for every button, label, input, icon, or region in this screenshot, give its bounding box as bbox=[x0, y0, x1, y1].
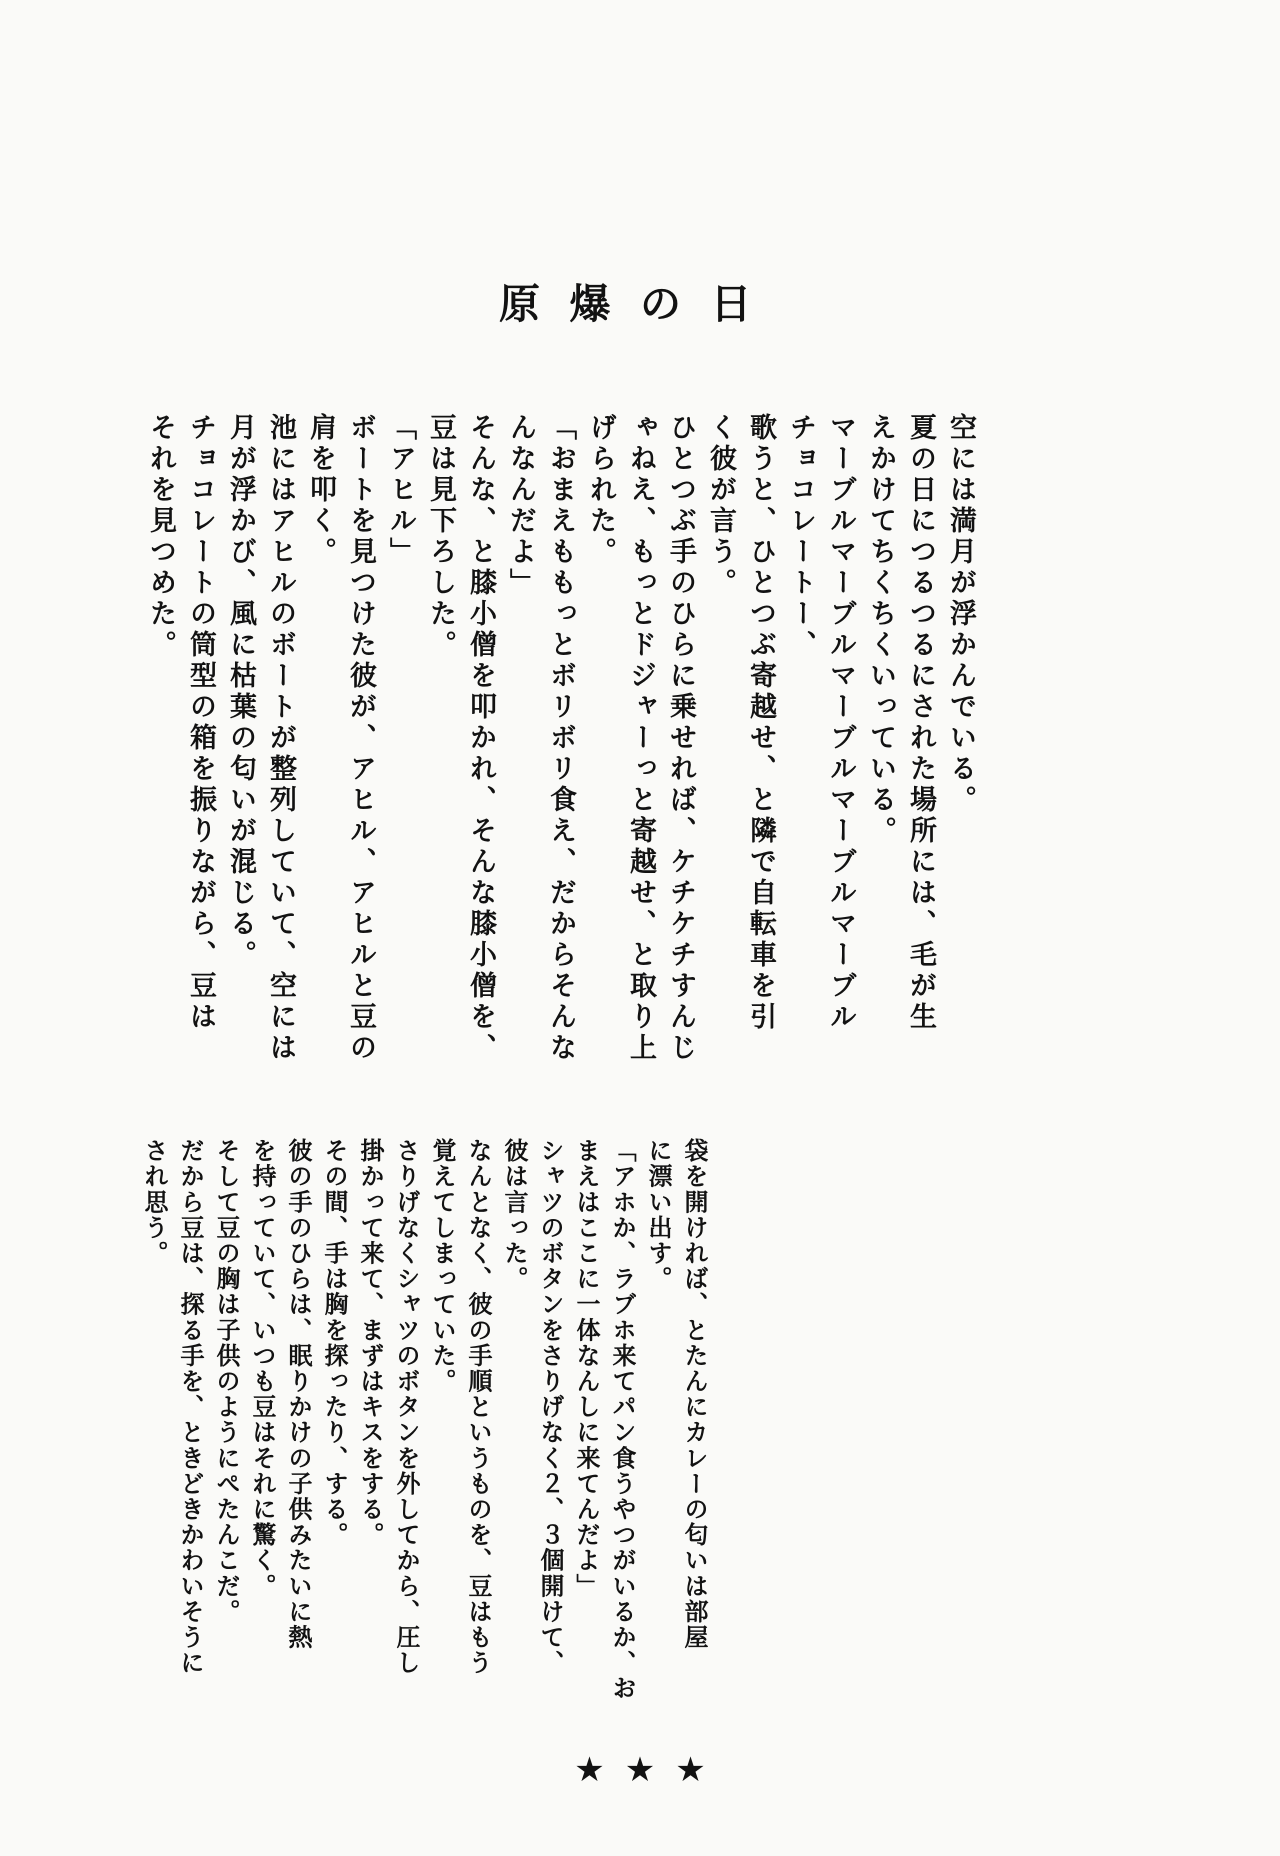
page-title: 原爆の日 bbox=[0, 271, 1280, 330]
text-column: に漂い出す。 bbox=[640, 1138, 676, 1706]
text-column: シャツのボタンをさりげなく２、３個開けて、 bbox=[532, 1138, 568, 1706]
text-column: それを見つめた。 bbox=[140, 413, 180, 1101]
text-column: 夏の日につるつるにされた場所には、毛が生 bbox=[900, 413, 940, 1101]
text-column: ボートを見つけた彼が、アヒル、アヒルと豆の bbox=[340, 413, 380, 1101]
text-column: 空には満月が浮かんでいる。 bbox=[940, 413, 980, 1101]
text-column: チョコレートー、 bbox=[780, 413, 820, 1101]
stars-separator: ★★★ bbox=[0, 1750, 1280, 1790]
book-page: 原爆の日 空には満月が浮かんでいる。夏の日につるつるにされた場所には、毛が生えか… bbox=[0, 0, 1280, 1856]
text-column: まえはここに一体なんしに来てんだよ」 bbox=[568, 1138, 604, 1706]
text-column: マーブルマーブルマーブルマーブルマーブル bbox=[820, 413, 860, 1101]
text-column: 掛かって来て、まずはキスをする。 bbox=[352, 1138, 388, 1706]
text-column: さりげなくシャツのボタンを外してから、圧し bbox=[388, 1138, 424, 1706]
text-column: 「アホか、ラブホ来てパン食うやつがいるか、お bbox=[604, 1138, 640, 1706]
text-column: 「アヒル」 bbox=[380, 413, 420, 1101]
text-column: 彼は言った。 bbox=[496, 1138, 532, 1706]
text-column: ゃねえ、もっとドジャーっと寄越せ、と取り上 bbox=[620, 413, 660, 1101]
text-column: 歌うと、ひとつぶ寄越せ、と隣で自転車を引 bbox=[740, 413, 780, 1101]
text-column: 月が浮かび、風に枯葉の匂いが混じる。 bbox=[220, 413, 260, 1101]
text-column: んなんだよ」 bbox=[500, 413, 540, 1101]
story-text-block-bottom: 袋を開ければ、とたんにカレーの匂いは部屋に漂い出す。「アホか、ラブホ来てパン食う… bbox=[136, 1138, 712, 1706]
text-column: 袋を開ければ、とたんにカレーの匂いは部屋 bbox=[676, 1138, 712, 1706]
text-column: 豆は見下ろした。 bbox=[420, 413, 460, 1101]
text-column: チョコレートの筒型の箱を振りながら、豆は bbox=[180, 413, 220, 1101]
text-column: なんとなく、彼の手順というものを、豆はもう bbox=[460, 1138, 496, 1706]
text-column: ひとつぶ手のひらに乗せれば、ケチケチすんじ bbox=[660, 413, 700, 1101]
text-column: 肩を叩く。 bbox=[300, 413, 340, 1101]
text-column: く彼が言う。 bbox=[700, 413, 740, 1101]
text-column: そして豆の胸は子供のようにぺたんこだ。 bbox=[208, 1138, 244, 1706]
text-column: され思う。 bbox=[136, 1138, 172, 1706]
story-text-block-top: 空には満月が浮かんでいる。夏の日につるつるにされた場所には、毛が生えかけてちくち… bbox=[140, 413, 980, 1101]
text-column: げられた。 bbox=[580, 413, 620, 1101]
text-column: 彼の手のひらは、眠りかけの子供みたいに熱 bbox=[280, 1138, 316, 1706]
text-column: 覚えてしまっていた。 bbox=[424, 1138, 460, 1706]
text-column: だから豆は、探る手を、ときどきかわいそうに bbox=[172, 1138, 208, 1706]
text-column: えかけてちくちくいっている。 bbox=[860, 413, 900, 1101]
text-column: その間、手は胸を探ったり、する。 bbox=[316, 1138, 352, 1706]
text-column: そんな、と膝小僧を叩かれ、そんな膝小僧を、 bbox=[460, 413, 500, 1101]
text-column: を持っていて、いつも豆はそれに驚く。 bbox=[244, 1138, 280, 1706]
text-column: 「おまえももっとボリボリ食え、だからそんな bbox=[540, 413, 580, 1101]
text-column: 池にはアヒルのボートが整列していて、空には bbox=[260, 413, 300, 1101]
